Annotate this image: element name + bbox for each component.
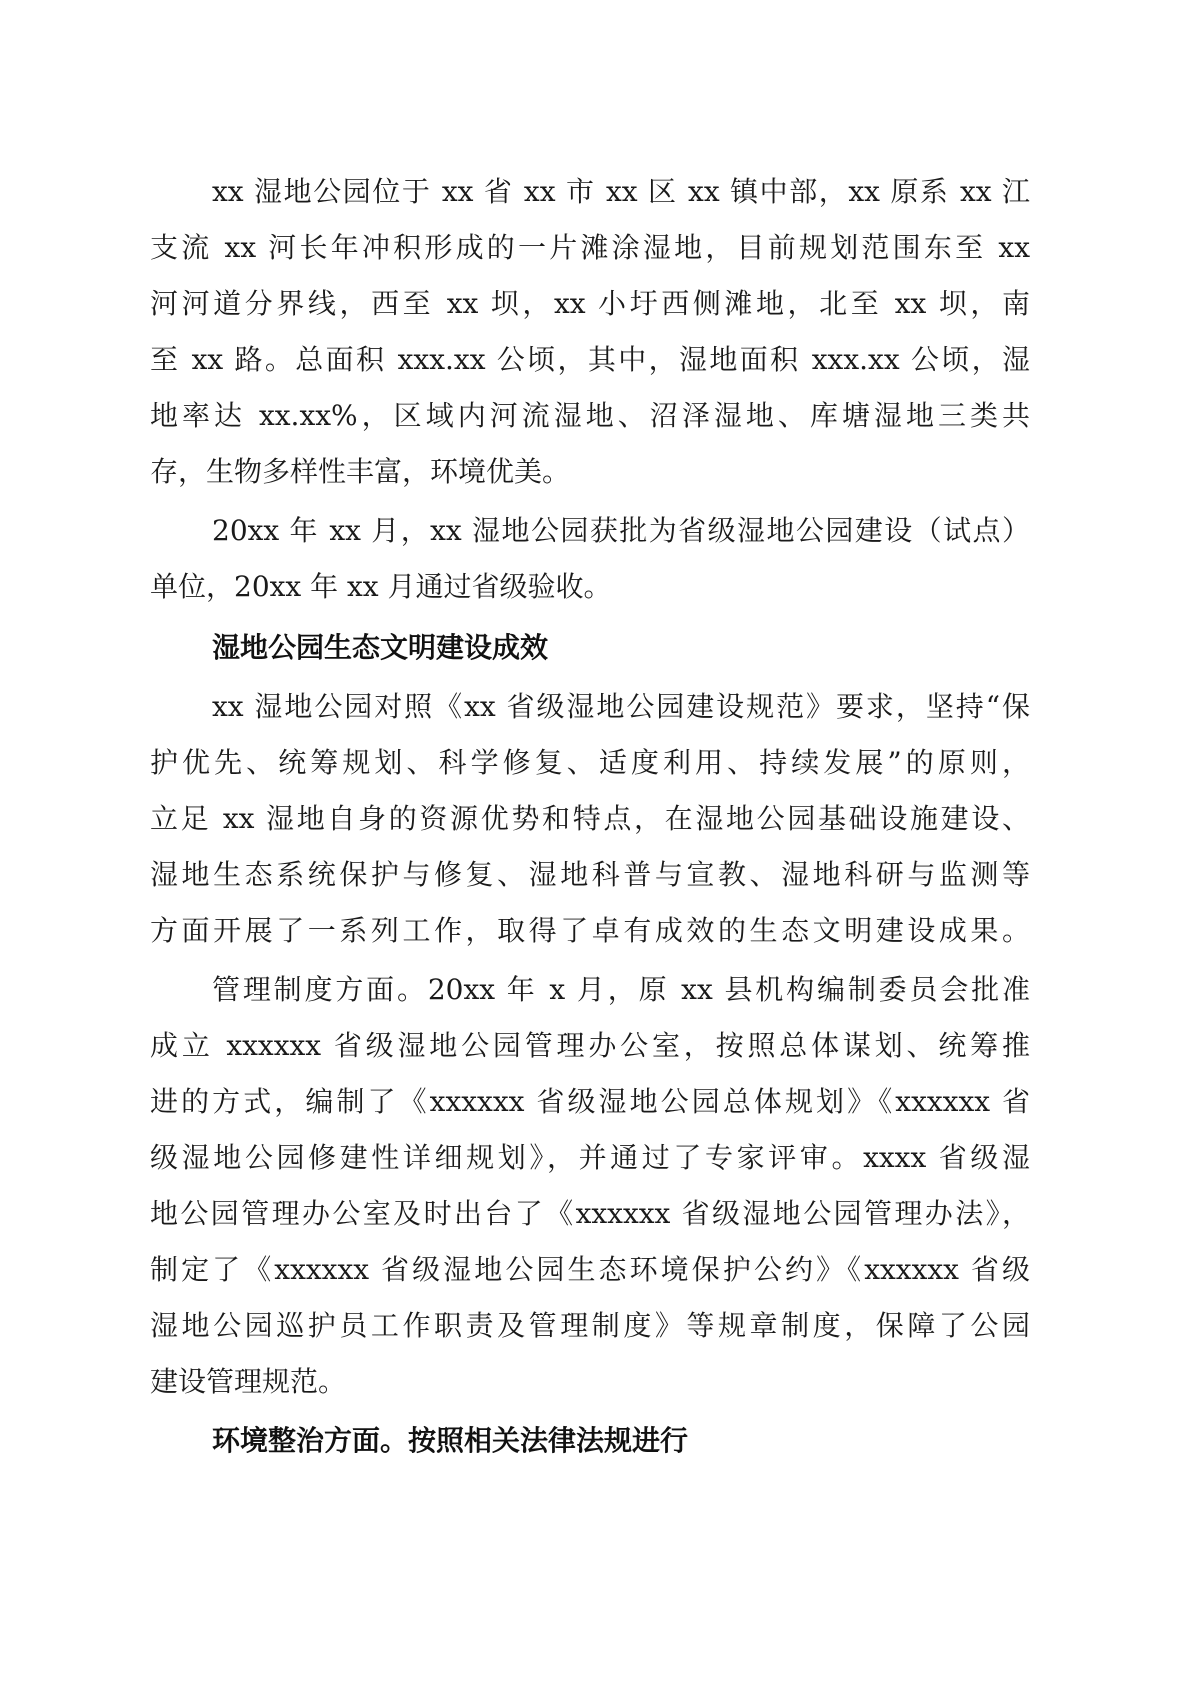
text-line: 护优先、统筹规划、科学修复、适度利用、持续发展”的原则， [150, 743, 1030, 783]
text-line: 支流 xx 河长年冲积形成的一片滩涂湿地，目前规划范围东至 xx [150, 228, 1030, 268]
text-line: xx 湿地公园位于 xx 省 xx 市 xx 区 xx 镇中部，xx 原系 xx… [212, 172, 1030, 212]
text-line: xx 湿地公园对照《xx 省级湿地公园建设规范》要求，坚持“保 [212, 687, 1030, 727]
text-line: 河河道分界线，西至 xx 坝，xx 小圩西侧滩地，北至 xx 坝，南 [150, 284, 1030, 324]
text-line: 进的方式，编制了《xxxxxx 省级湿地公园总体规划》《xxxxxx 省 [150, 1082, 1030, 1122]
section-heading: 湿地公园生态文明建设成效 [212, 628, 1030, 668]
text-line: 立足 xx 湿地自身的资源优势和特点，在湿地公园基础设施建设、 [150, 799, 1030, 839]
text-line: 单位，20xx 年 xx 月通过省级验收。 [150, 567, 1030, 607]
section-heading-environment: 环境整治方面。按照相关法律法规进行 [212, 1421, 1030, 1461]
text-line: 地率达 xx.xx%，区域内河流湿地、沼泽湿地、库塘湿地三类共 [150, 396, 1030, 436]
text-line: 制定了《xxxxxx 省级湿地公园生态环境保护公约》《xxxxxx 省级 [150, 1250, 1030, 1290]
text-line: 地公园管理办公室及时出台了《xxxxxx 省级湿地公园管理办法》， [150, 1194, 1030, 1234]
text-line: 管理制度方面。20xx 年 x 月，原 xx 县机构编制委员会批准 [212, 970, 1030, 1010]
text-line: 方面开展了一系列工作，取得了卓有成效的生态文明建设成果。 [150, 911, 1030, 951]
text-line: 成立 xxxxxx 省级湿地公园管理办公室，按照总体谋划、统筹推 [150, 1026, 1030, 1066]
text-line: 存，生物多样性丰富，环境优美。 [150, 452, 1030, 492]
text-line: 湿地生态系统保护与修复、湿地科普与宣教、湿地科研与监测等 [150, 855, 1030, 895]
text-line: 湿地公园巡护员工作职责及管理制度》等规章制度，保障了公园 [150, 1306, 1030, 1346]
text-line: 建设管理规范。 [150, 1362, 1030, 1402]
text-line: 至 xx 路。总面积 xxx.xx 公顷，其中，湿地面积 xxx.xx 公顷，湿 [150, 340, 1030, 380]
text-line: 20xx 年 xx 月，xx 湿地公园获批为省级湿地公园建设（试点） [212, 511, 1030, 551]
text-line: 级湿地公园修建性详细规划》，并通过了专家评审。xxxx 省级湿 [150, 1138, 1030, 1178]
